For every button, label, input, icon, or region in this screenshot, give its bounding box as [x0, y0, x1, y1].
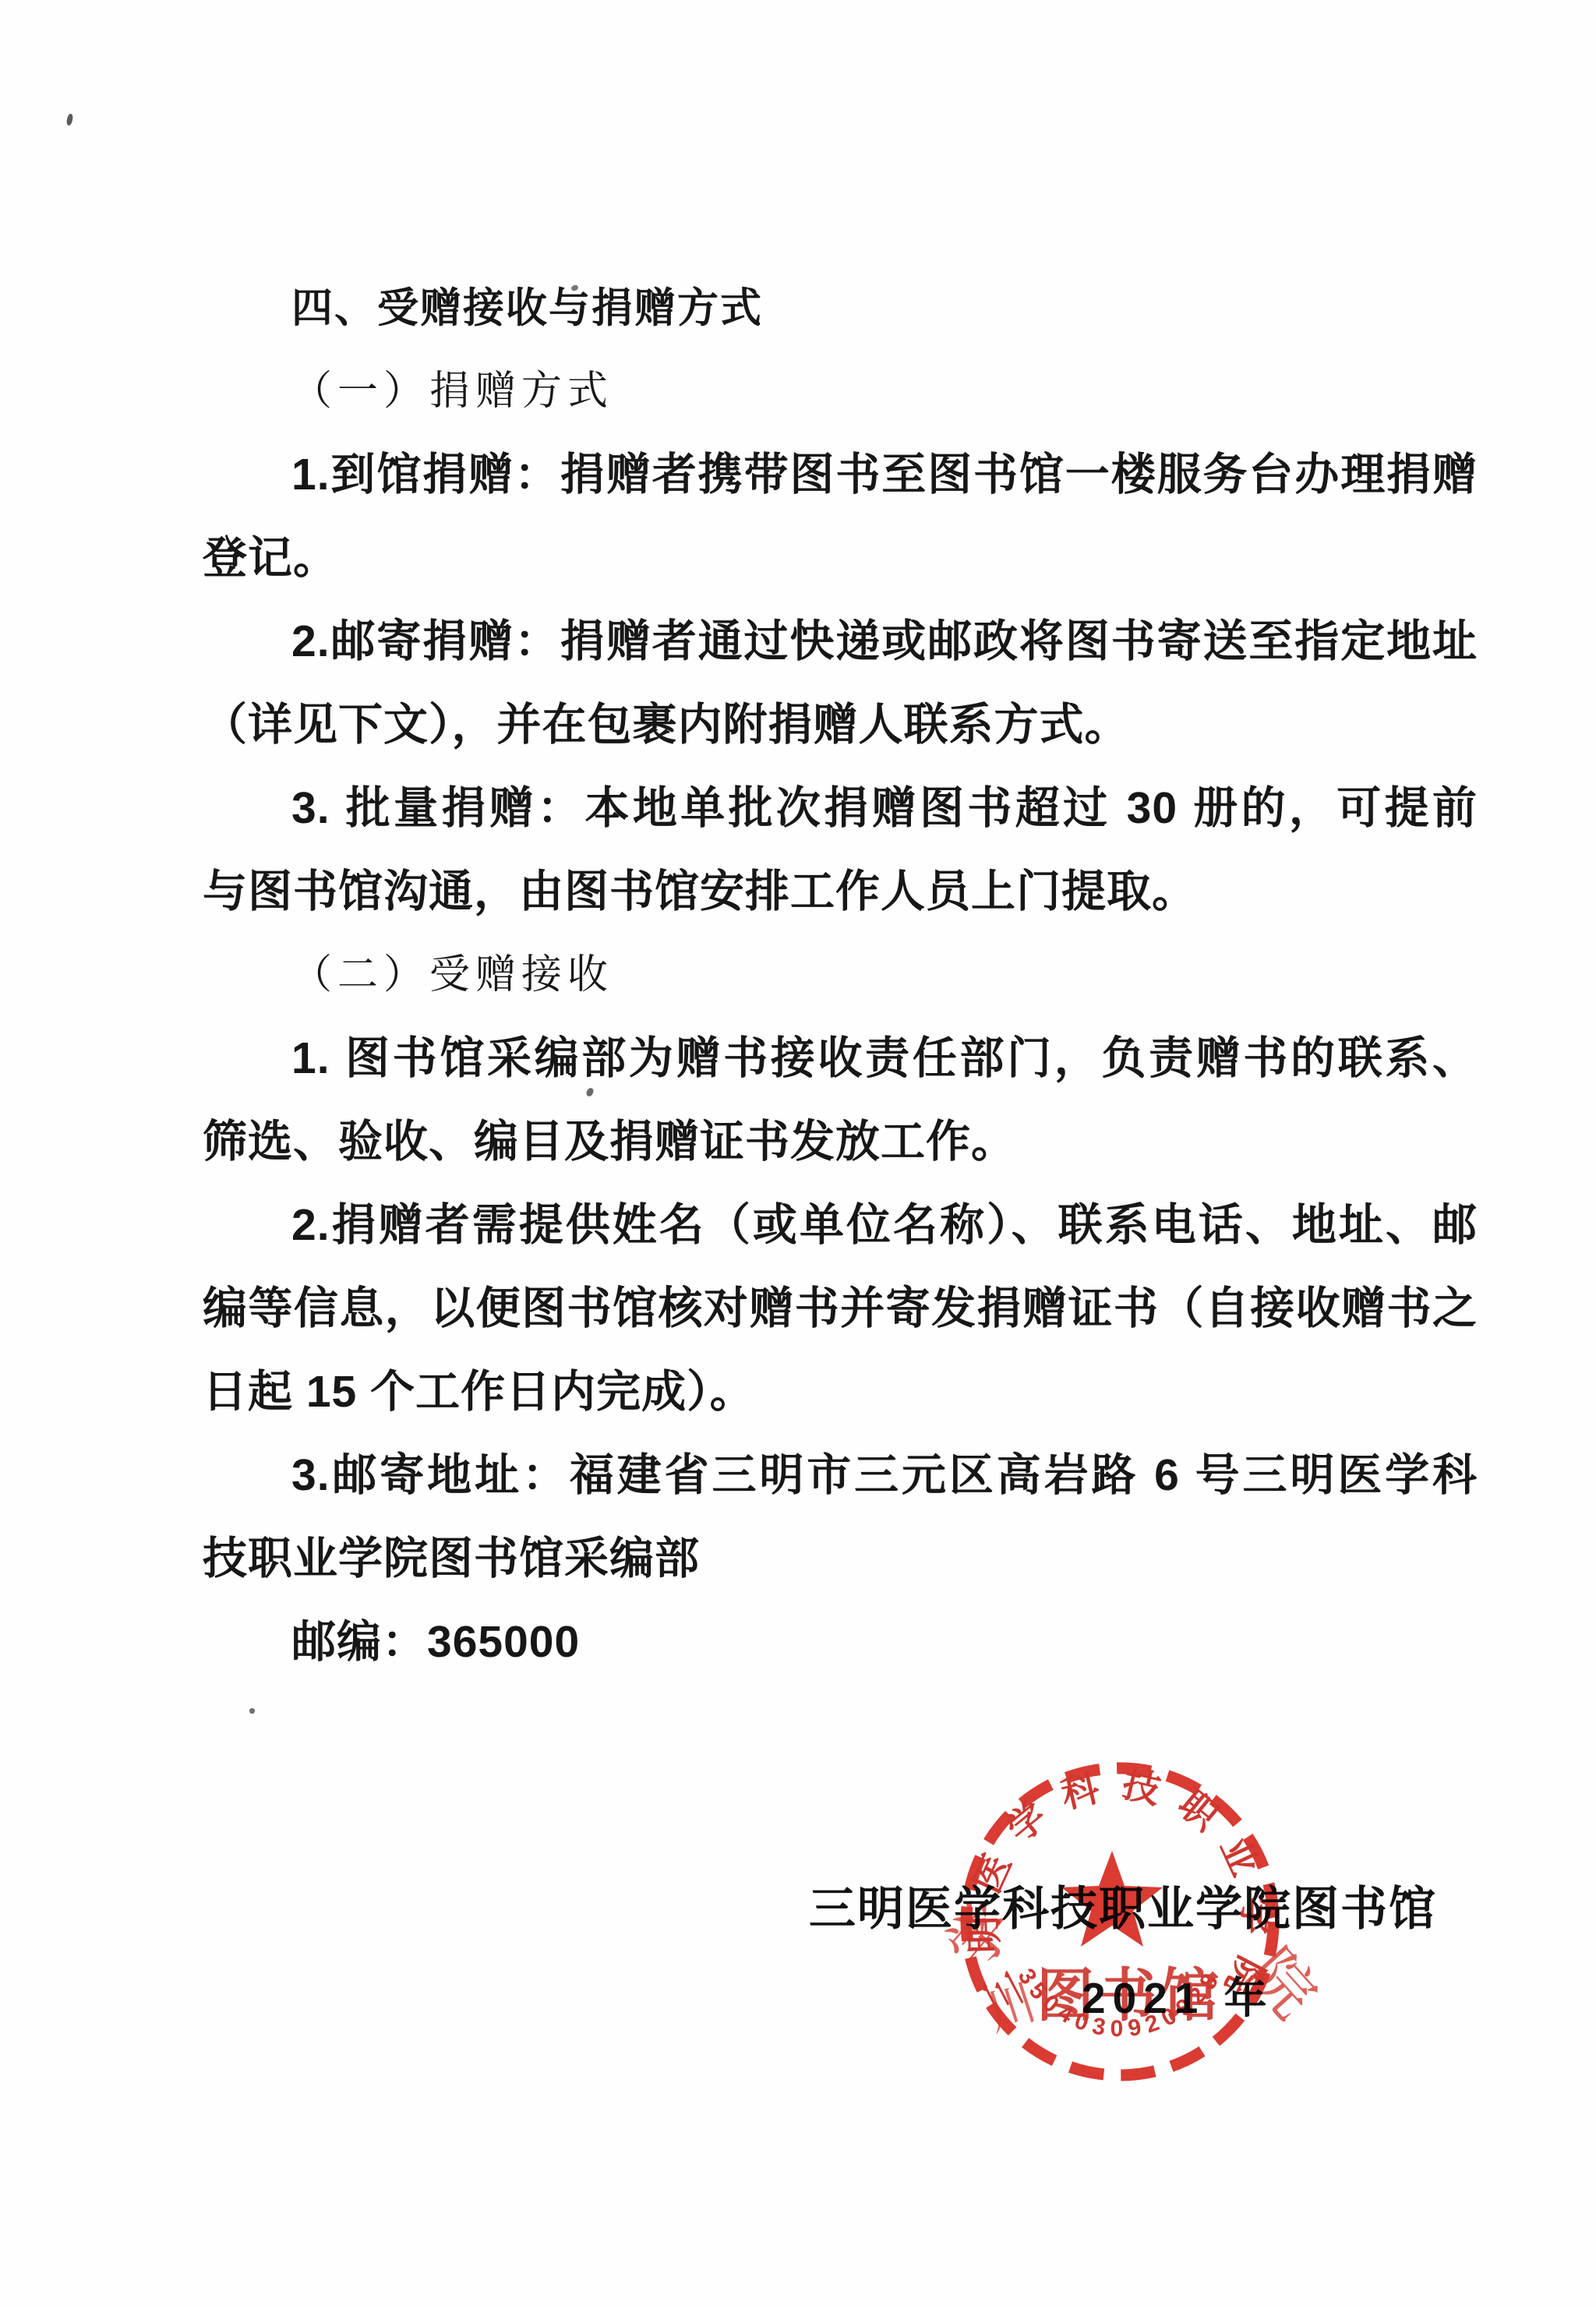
document-body: 四、受赠接收与捐赠方式 （一）捐赠方式 1.到馆捐赠：捐赠者携带图书至图书馆一楼…: [203, 267, 1478, 1684]
subsection-title: （一）捐赠方式: [203, 350, 1478, 433]
ink-speck: [249, 1708, 255, 1714]
paragraph-line: 1.到馆捐赠：捐赠者携带图书至图书馆一楼服务台办理捐赠: [203, 433, 1478, 517]
paragraph-line: 登记。: [203, 517, 1478, 600]
paragraph-line: 技职业学院图书馆采编部: [203, 1517, 1478, 1601]
paragraph-line: 与图书馆沟通，由图书馆安排工作人员上门提取。: [203, 850, 1478, 934]
paragraph-line: （详见下文），并在包裹内附捐赠人联系方式。: [203, 683, 1478, 767]
paragraph-line: 编等信息，以便图书馆核对赠书并寄发捐赠证书（自接收赠书之: [203, 1267, 1478, 1350]
section-title: 四、受赠接收与捐赠方式: [203, 267, 1478, 350]
paragraph-line: 2.捐赠者需提供姓名（或单位名称）、联系电话、地址、邮: [203, 1184, 1478, 1267]
paragraph-line: 1. 图书馆采编部为赠书接收责任部门，负责赠书的联系、: [203, 1017, 1478, 1100]
paragraph-line: 3.邮寄地址：福建省三明市三元区高岩路 6 号三明医学科: [203, 1434, 1478, 1517]
paragraph-line: 2.邮寄捐赠：捐赠者通过快递或邮政将图书寄送至指定地址: [203, 600, 1478, 683]
signature-date: 2021 年: [1082, 1964, 1274, 2025]
paragraph-line: 筛选、验收、编目及捐赠证书发放工作。: [203, 1100, 1478, 1184]
scanned-document-page: 四、受赠接收与捐赠方式 （一）捐赠方式 1.到馆捐赠：捐赠者携带图书至图书馆一楼…: [0, 0, 1596, 2309]
subsection-title: （二）受赠接收: [203, 934, 1478, 1017]
signature-org-name: 三明医学科技职业学院图书馆: [809, 1872, 1437, 1939]
ink-speck: [66, 113, 74, 125]
paragraph-line: 日起 15 个工作日内完成）。: [203, 1350, 1478, 1434]
postal-code-line: 邮编：365000: [203, 1601, 1478, 1684]
paragraph-line: 3. 批量捐赠：本地单批次捐赠图书超过 30 册的，可提前: [203, 767, 1478, 850]
